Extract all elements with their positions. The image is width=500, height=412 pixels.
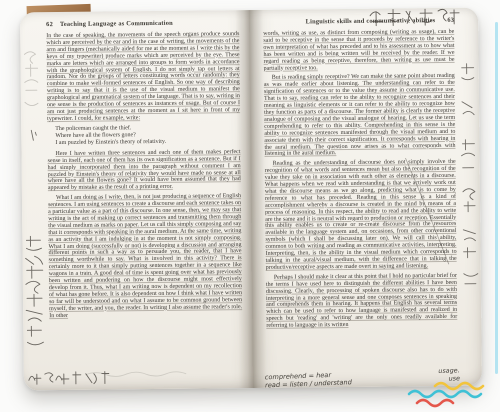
book-photo-scene: 62 Teaching Language as Communication In… [0, 0, 500, 412]
pencil-diagonal-line [402, 156, 455, 269]
body-paragraph: What I am doing as I write, then, is not… [48, 193, 242, 319]
margin-scribble-right [457, 60, 482, 296]
left-page-header: 62 Teaching Language as Communication [46, 19, 239, 28]
open-book: 62 Teaching Language as Communication In… [20, 8, 482, 391]
verse-block: The policeman caught the thief. Where ha… [55, 124, 240, 147]
margin-scribble-cluster [22, 234, 49, 352]
page-show-through [84, 369, 204, 380]
verse-line: I am puzzled by Einstein's theory of rel… [55, 138, 240, 147]
body-paragraph: Here I have written three sentences and … [47, 149, 240, 192]
left-running-head: Teaching Language as Communication [60, 20, 173, 28]
left-page-number: 62 [46, 21, 53, 28]
right-page: Linguistic skills and communicative abil… [249, 8, 482, 388]
left-page-text: In the case of speaking, the movements o… [46, 31, 242, 320]
body-paragraph: But is reading simply receptive? We can … [264, 73, 456, 158]
handwritten-note-main: comprehend = hear read = listen / unders… [265, 370, 352, 388]
body-paragraph: In the case of speaking, the movements o… [46, 31, 240, 123]
margin-scribble-faint [20, 48, 45, 120]
header-scribble [366, 8, 462, 32]
book-gutter-shadow [235, 10, 267, 388]
watermark-waves-icon [405, 378, 497, 410]
body-paragraph: words, writing as use, as distinct from … [263, 29, 454, 72]
page-edge-line [495, 22, 498, 374]
margin-tick-mark [27, 128, 39, 144]
left-page: 62 Teaching Language as Communication In… [20, 10, 253, 390]
body-paragraph: Perhaps I should make it clear at this p… [266, 273, 458, 330]
